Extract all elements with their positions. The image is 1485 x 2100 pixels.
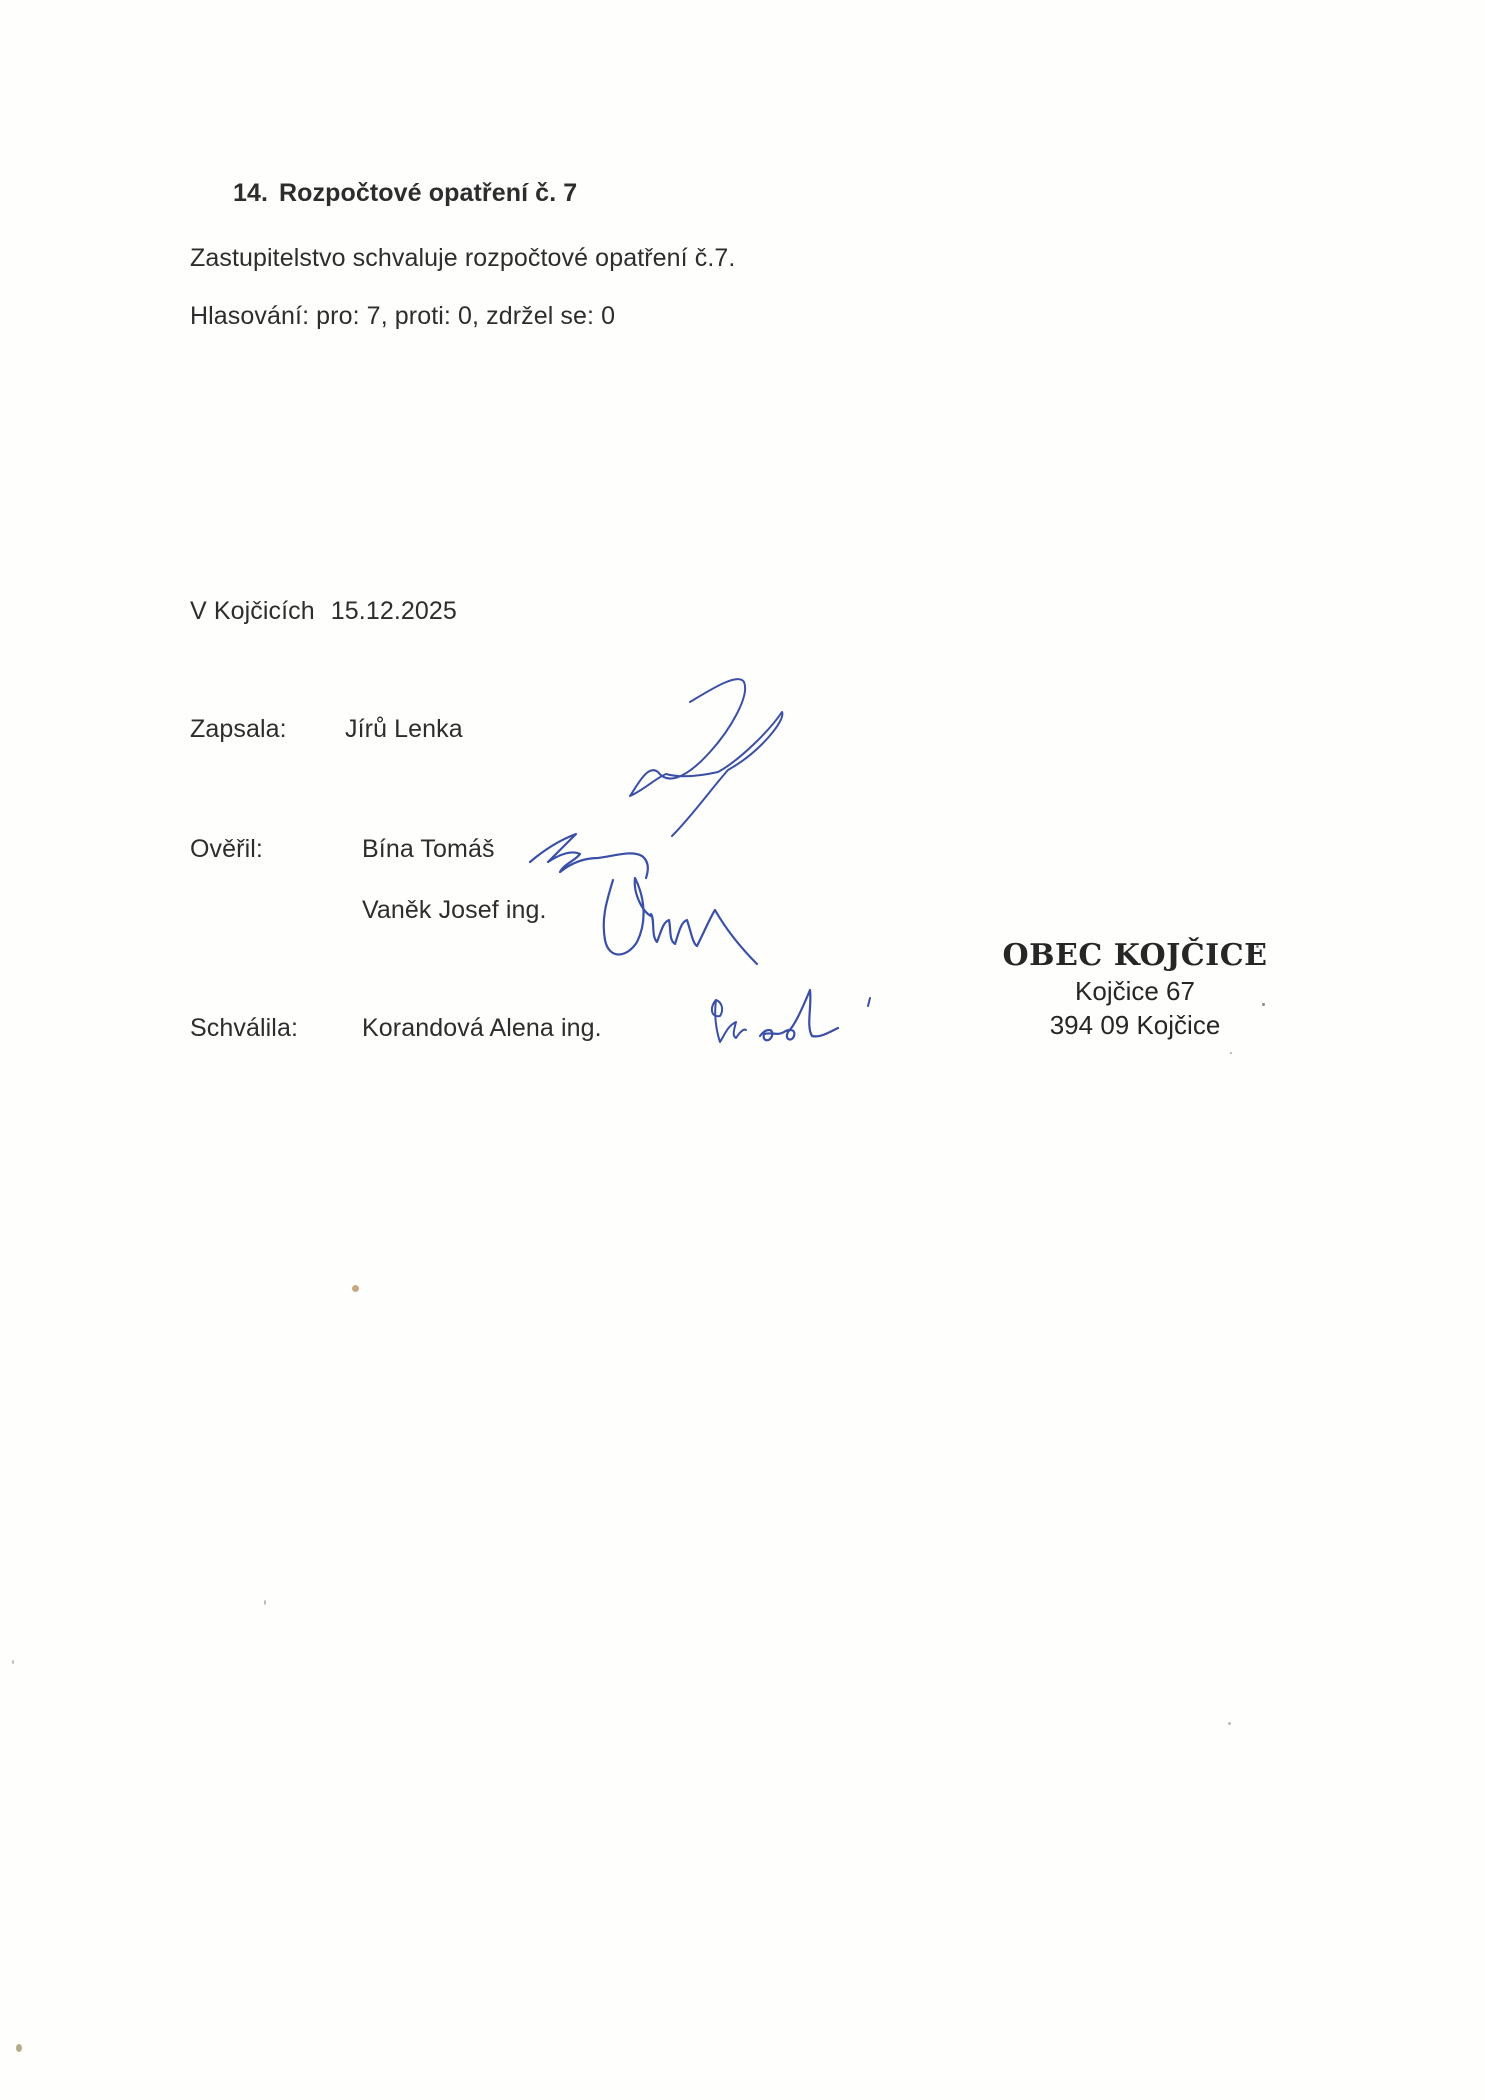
section-title: Rozpočtové opatření č. 7 [279,179,577,207]
scan-speck [16,2044,22,2052]
verified-by-name-1: Bína Tomáš [362,834,495,864]
stamp-address-line-1: Kojčice 67 [1000,974,1270,1008]
document-page: 14.Rozpočtové opatření č. 7 Zastupitelst… [0,0,1485,2100]
scan-speck [12,1660,14,1664]
recorded-by-name: Jírů Lenka [345,714,463,744]
date: 15.12.2025 [331,597,457,625]
recorded-by-label: Zapsala: [190,714,287,744]
scan-speck [1230,1052,1232,1054]
stamp-title: OBEC KOJČICE [1000,938,1270,974]
place: V Kojčicích [190,597,315,625]
signature-korandova-alena [680,970,900,1070]
approved-by-name: Korandová Alena ing. [362,1013,602,1043]
scan-speck [352,1285,359,1292]
signature-vanek-josef [585,860,765,970]
section-number: 14. [233,178,279,208]
place-date: V Kojčicích15.12.2025 [190,596,457,626]
scan-speck [1228,1722,1231,1725]
section-heading: 14.Rozpočtové opatření č. 7 [233,178,577,208]
scan-speck [1262,1003,1265,1006]
verified-by-label: Ověřil: [190,834,263,864]
voting-result: Hlasování: pro: 7, proti: 0, zdržel se: … [190,301,615,331]
signature-jiru-lenka [600,660,800,840]
scan-speck [264,1600,266,1605]
resolution-text: Zastupitelstvo schvaluje rozpočtové opat… [190,243,735,273]
verified-by-name-2: Vaněk Josef ing. [362,895,547,925]
official-stamp: OBEC KOJČICE Kojčice 67 394 09 Kojčice [1000,938,1270,1042]
stamp-address-line-2: 394 09 Kojčice [1000,1008,1270,1042]
approved-by-label: Schválila: [190,1013,298,1043]
scan-speck [1256,945,1259,948]
